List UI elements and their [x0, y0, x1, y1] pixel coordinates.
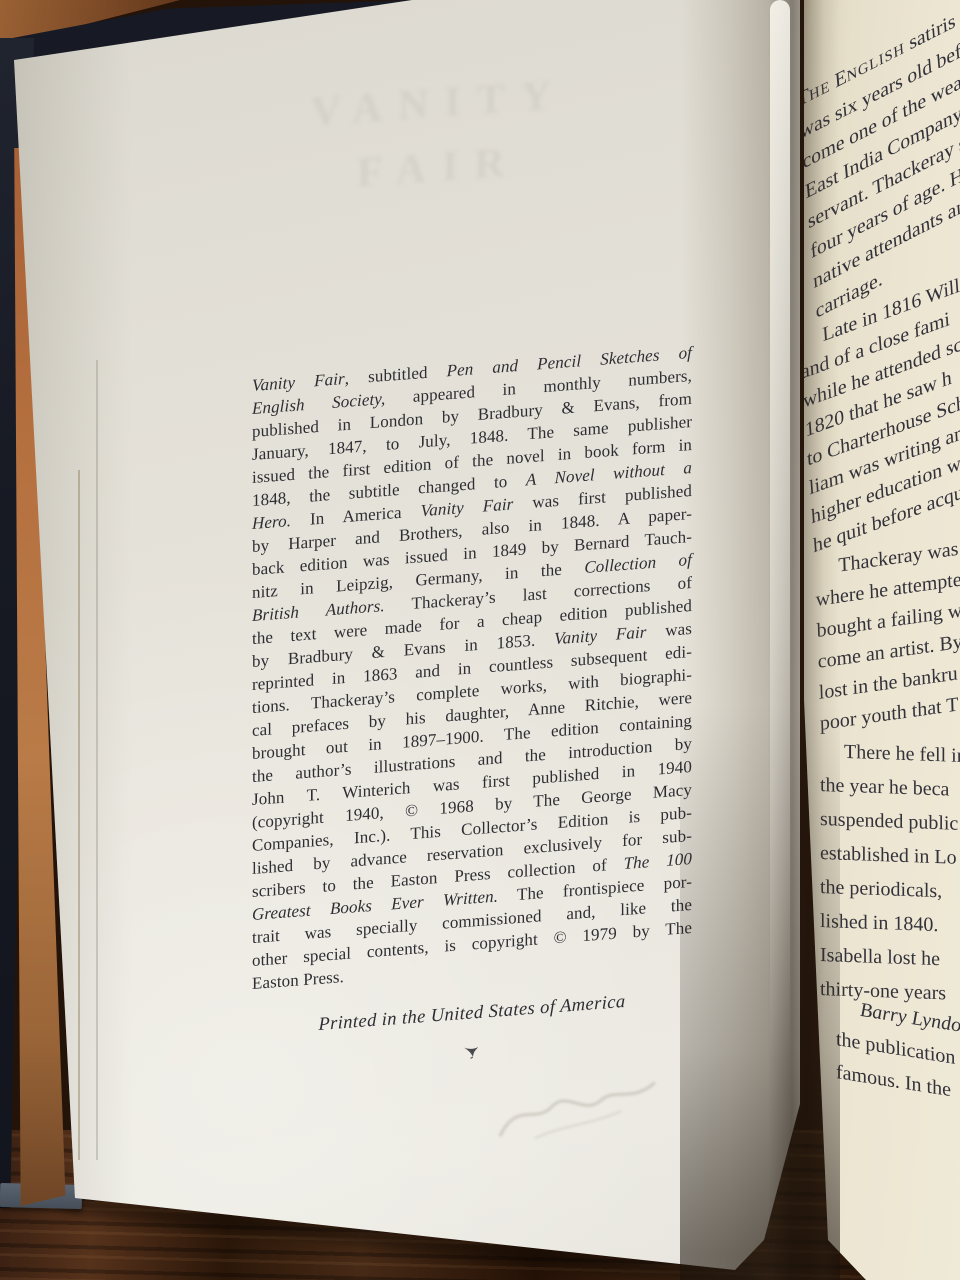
intro-paragraph: Thackeray waswhere he attemptedbought a … — [814, 532, 960, 740]
text-line: There he fell in — [820, 734, 960, 773]
text-line: established in Lo — [820, 836, 960, 875]
open-book-photo: { "colors": { "paper_left": "#e8e5dc", "… — [0, 0, 960, 1280]
text-line: the periodicals, — [820, 870, 960, 909]
intro-paragraph: Barry Lyndothe publicationfamous. In the — [836, 990, 960, 1109]
left-page: VANITY FAIR Vanity Fair, subtitled Pen a… — [12, 0, 800, 1280]
text-line: lished in 1840. — [820, 904, 960, 943]
intro-paragraph: THE ENGLISH satiriswas six years old bef… — [796, 0, 960, 327]
text-line: Isabella lost he — [820, 938, 960, 977]
text-line: the year he beca — [820, 768, 960, 807]
ghost-title-showthrough: VANITY FAIR — [274, 60, 604, 211]
flyleaf-edge-line — [96, 360, 98, 1160]
copyright-lines: Vanity Fair, subtitled Pen and Pencil Sk… — [252, 341, 692, 995]
flyleaf-edge-line — [78, 470, 80, 1160]
copyright-text-block: Vanity Fair, subtitled Pen and Pencil Sk… — [252, 341, 692, 1081]
intro-paragraph: There he fell inthe year he becasuspende… — [820, 734, 960, 1011]
text-line: suspended public — [820, 802, 960, 841]
ghost-signature-showthrough — [485, 1057, 674, 1157]
